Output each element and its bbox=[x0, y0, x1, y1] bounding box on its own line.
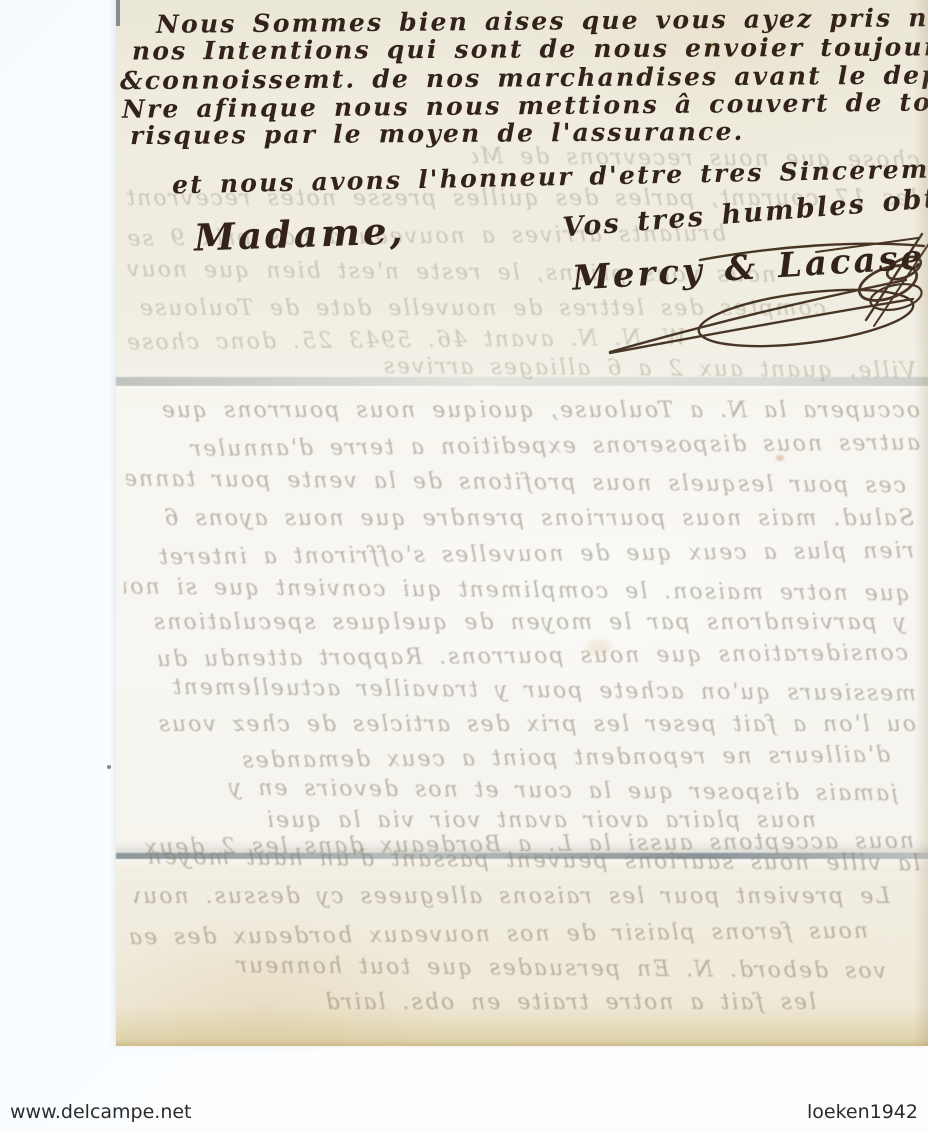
bleedthrough-line: Salud. mais nous pourrions prendre que n… bbox=[124, 506, 914, 531]
letter-salutation: Madame, bbox=[193, 208, 406, 259]
paper-edge-shadow bbox=[116, 0, 120, 26]
bleedthrough-line: W. N. N. avant 46. 5943 25. donc chose b… bbox=[126, 326, 686, 356]
bleedthrough-line: y parviendrons par le moyen de quelques … bbox=[136, 610, 906, 635]
bleedthrough-line: vos debord. N. En persuades que tout hon… bbox=[206, 953, 886, 984]
bleedthrough-line: comptes des lettres de nouvelle date de … bbox=[126, 296, 826, 321]
scan-background: chose que nous recevrons de Mad. Lacroix… bbox=[0, 0, 928, 1132]
bleedthrough-line: les fait a notre traite en obs. laird bbox=[256, 990, 816, 1015]
letter-body-line: risques par le moyen de l'assurance. bbox=[130, 117, 745, 150]
letter-paper: chose que nous recevrons de Mad. Lacroix… bbox=[116, 0, 928, 1046]
fold-crease-upper-highlight bbox=[116, 386, 928, 398]
bleedthrough-line: ou l'on a fait peser les prix des articl… bbox=[124, 712, 916, 737]
bleedthrough-line: nous plaira avoir avant voir via la quei bbox=[176, 808, 816, 833]
bleedthrough-line: occupera la N. a Toulouse, quoique nous … bbox=[144, 398, 920, 423]
stain-speck bbox=[107, 765, 111, 769]
seller-watermark: loeken1942 bbox=[807, 1101, 918, 1123]
bleedthrough-line: Le previent pour les raisons alleguees c… bbox=[134, 884, 890, 909]
bleedthrough-line: nous ferons plaisir de nos nouveaux bord… bbox=[128, 919, 868, 950]
bleedthrough-line: Ville. quant aux 2 a 6 alliages arrives bbox=[316, 353, 916, 383]
site-watermark: www.delcampe.net bbox=[10, 1101, 192, 1123]
